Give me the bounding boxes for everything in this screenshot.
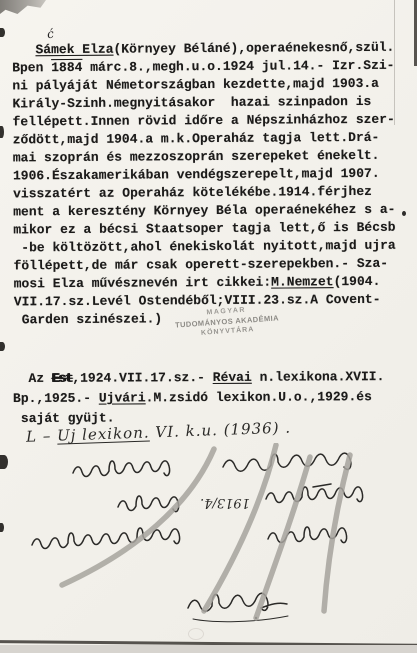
edge-nick xyxy=(0,342,5,351)
reversed-handwritten-note: 1913/4. xyxy=(18,443,400,635)
lexicon-author: Ujvári xyxy=(99,390,146,405)
edge-nick xyxy=(0,28,5,37)
handwritten-correction-mark: ć xyxy=(46,27,55,42)
journal-title: M.Nemzet xyxy=(271,274,334,289)
edge-nick xyxy=(0,126,4,138)
handwritten-underlined-title: Uj lexikon. xyxy=(57,423,150,444)
birth-year: 1884 xyxy=(51,60,82,75)
scan-bottom-margin xyxy=(0,645,417,653)
typed-biography: Sámek Elza(Környey Béláné),operaénekesnő… xyxy=(12,39,412,330)
person-name: Sámek Elza xyxy=(35,42,113,58)
pencil-strikethrough-strokes xyxy=(62,445,350,618)
edge-nick xyxy=(0,523,4,532)
lexicon-title: Révai xyxy=(213,370,252,385)
ink-speck xyxy=(402,211,406,216)
overstruck-word: Est xyxy=(52,371,72,386)
catalog-card: Sámek Elza(Környey Béláné),operaénekesnő… xyxy=(0,0,417,653)
edge-nick xyxy=(0,455,8,469)
typed-line: Az Est,1924.VII.17.sz.- Révai n.lexikona… xyxy=(13,367,411,389)
t-crossbar xyxy=(313,484,331,487)
handwriting-strokes: 1913/4. xyxy=(18,443,400,635)
scan-edge-blob xyxy=(0,0,46,14)
scan-fold-line xyxy=(394,0,395,125)
typed-line: Bp.,1925.- Ujvári.M.zsidó lexikon.U.o.,1… xyxy=(13,387,411,409)
legible-date-fragment: 1913/4. xyxy=(200,495,250,510)
ring-artifact xyxy=(188,628,204,640)
